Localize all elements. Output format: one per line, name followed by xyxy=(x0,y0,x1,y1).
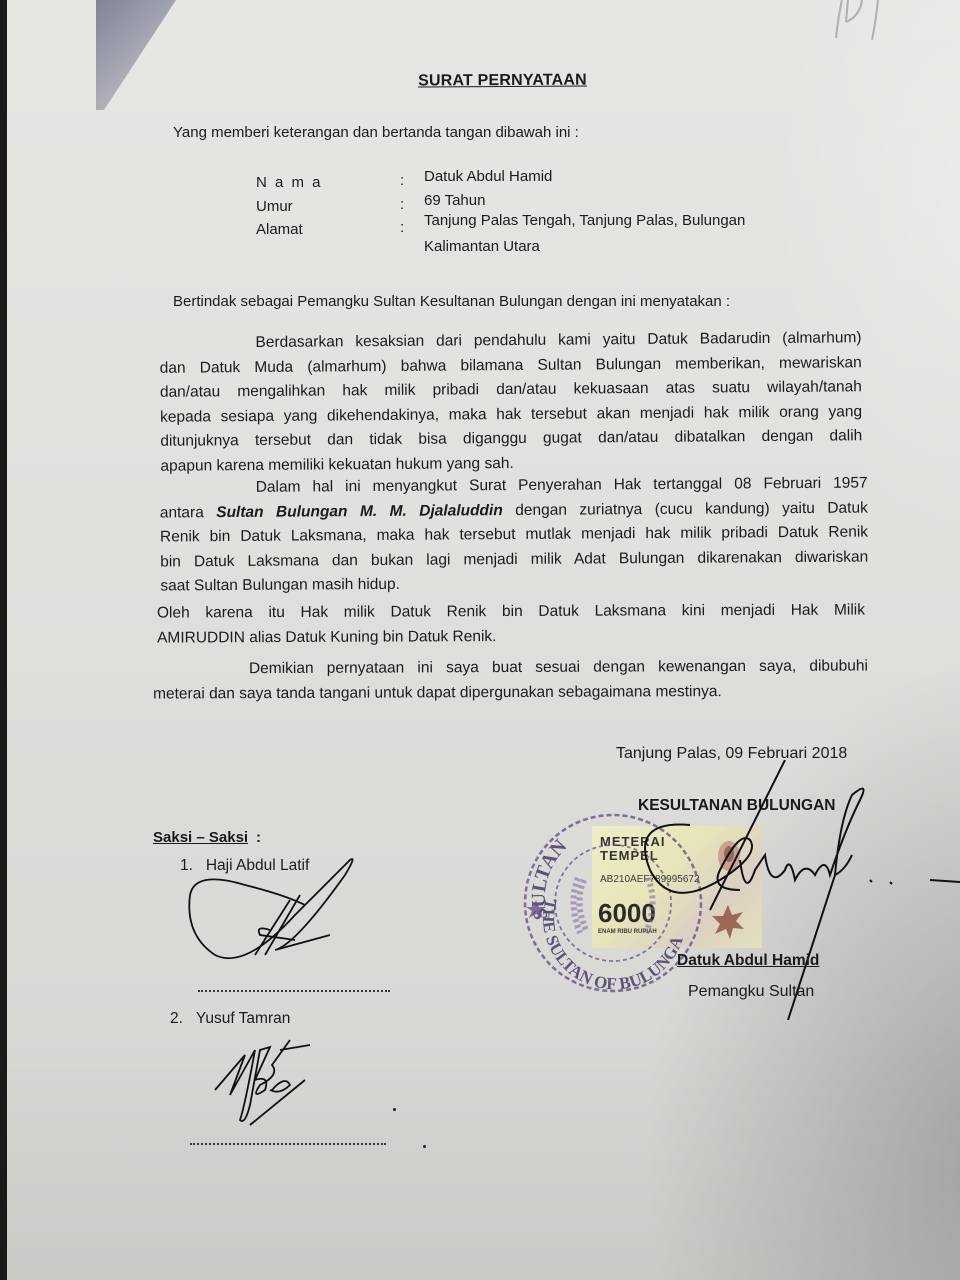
paragraph-line: AMIRUDDIN alias Datuk Kuning bin Datuk R… xyxy=(157,623,865,651)
paragraph-line: Demikian pernyataan ini saya buat sesuai… xyxy=(153,654,868,682)
field-separator: : xyxy=(400,172,404,189)
witness-1-signature-line xyxy=(198,990,390,992)
document-page: SURAT PERNYATAAN Yang memberi keterangan… xyxy=(0,0,960,1280)
field-value-name: Datuk Abdul Hamid xyxy=(424,168,552,185)
paragraph-closing: Demikian pernyataan ini saya buat sesuai… xyxy=(153,654,868,706)
field-value-address-line2: Kalimantan Utara xyxy=(424,238,540,255)
witnesses-heading-colon: : xyxy=(256,829,261,846)
paragraph-ownership: Oleh karena itu Hak milik Datuk Renik bi… xyxy=(157,598,865,650)
witness-2: 2. Yusuf Tamran xyxy=(170,1010,290,1028)
sultan-name-emphasis: Sultan Bulungan M. M. Djalaluddin xyxy=(216,502,503,521)
paragraph-line: bin Datuk Laksmana dan bukan lagi menjad… xyxy=(160,545,868,574)
field-separator: : xyxy=(400,219,404,236)
ink-dot xyxy=(423,1145,426,1148)
witness-2-signature xyxy=(210,1035,350,1135)
handwritten-corner-mark xyxy=(820,0,910,45)
signer-signature xyxy=(590,760,960,1020)
text-segment: antara xyxy=(160,504,217,521)
paper-fold-shadow xyxy=(96,0,176,110)
intro-text: Yang memberi keterangan dan bertanda tan… xyxy=(173,124,579,141)
ink-dot xyxy=(393,1108,396,1111)
photo-edge xyxy=(0,0,7,1280)
capacity-statement: Bertindak sebagai Pemangku Sultan Kesult… xyxy=(173,293,730,310)
witness-2-signature-line xyxy=(190,1143,386,1145)
signer-role: Pemangku Sultan xyxy=(688,983,814,1001)
text-segment: dengan zuriatnya (cucu kandung) yaitu Da… xyxy=(503,499,868,519)
witnesses-heading: Saksi – Saksi xyxy=(153,829,248,846)
field-separator: : xyxy=(400,196,404,213)
field-label-age: Umur xyxy=(256,198,293,215)
witness-name: Yusuf Tamran xyxy=(196,1010,291,1027)
paragraph-line: meterai dan saya tanda tangani untuk dap… xyxy=(153,679,868,707)
witness-number: 2. xyxy=(170,1010,183,1027)
paragraph-line: Oleh karena itu Hak milik Datuk Renik bi… xyxy=(157,598,865,626)
paragraph-testimony: Berdasarkan kesaksian dari pendahulu kam… xyxy=(159,326,862,479)
field-label-name: N a m a xyxy=(256,174,323,191)
signer-name: Datuk Abdul Hamid xyxy=(677,952,819,970)
field-label-address: Alamat xyxy=(256,221,303,238)
field-value-address: Tanjung Palas Tengah, Tanjung Palas, Bul… xyxy=(424,212,745,229)
paragraph-line: saat Sultan Bulungan masih hidup. xyxy=(160,570,868,599)
document-title: SURAT PERNYATAAN xyxy=(0,69,960,92)
paragraph-transfer: Dalam hal ini menyangkut Surat Penyeraha… xyxy=(160,472,869,599)
field-value-age: 69 Tahun xyxy=(424,192,485,209)
witness-1-signature xyxy=(185,855,365,975)
